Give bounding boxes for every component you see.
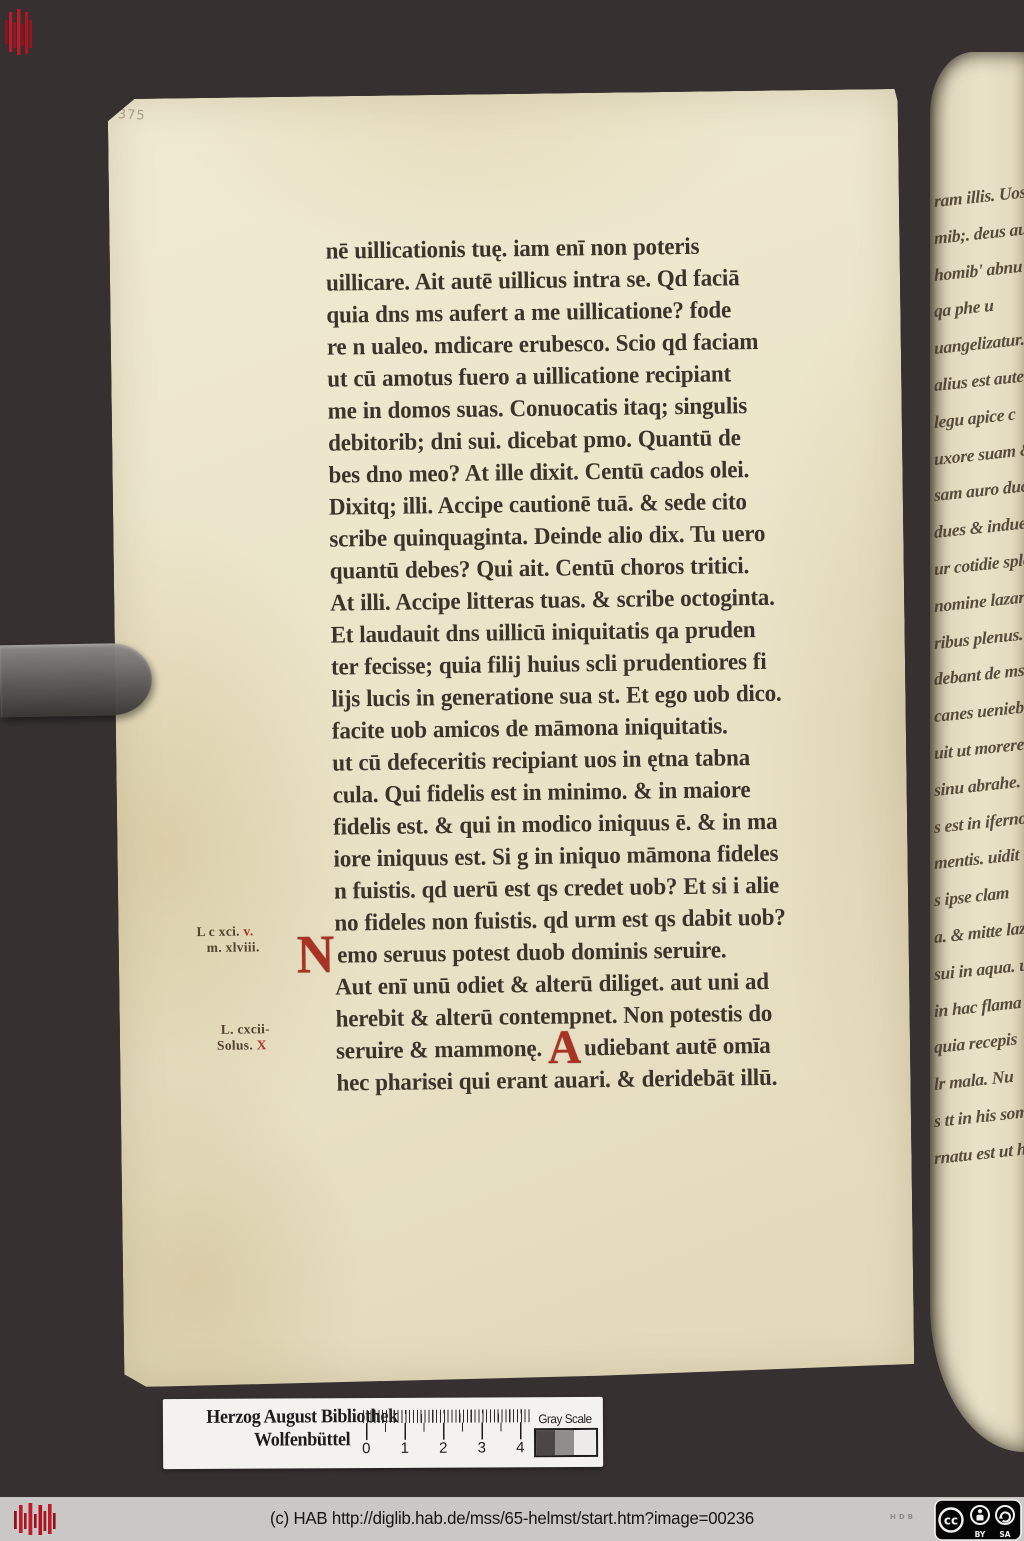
facing-page-text-block: ram illis. Uosemib;. deus auhomib' abnu … bbox=[934, 182, 1024, 1176]
ruler-number: 2 bbox=[424, 1440, 463, 1457]
ruler-numbers: 01234 bbox=[347, 1439, 540, 1457]
gray-patch-dark bbox=[536, 1430, 555, 1455]
cc-license-badge: cc BY SA bbox=[934, 1499, 1022, 1541]
footer-watermark: HDB bbox=[890, 1513, 916, 1521]
manuscript-line: hec pharisei qui erant auari. & deridebā… bbox=[336, 1059, 918, 1100]
page-holder bbox=[0, 643, 153, 718]
ruler-number: 1 bbox=[386, 1440, 425, 1457]
svg-text:cc: cc bbox=[944, 1514, 958, 1528]
margin-note-canon-reference: L c xci. v. m. xlviii. bbox=[196, 923, 259, 956]
ruler-number: 0 bbox=[347, 1440, 386, 1457]
gray-patch-light bbox=[574, 1430, 596, 1455]
calibration-card: Herzog August Bibliothek Wolfenbüttel 01… bbox=[163, 1397, 603, 1469]
manuscript-text-block: nē uillicationis tuę. iam enī non poteri… bbox=[325, 228, 918, 1100]
gray-scale-patches bbox=[534, 1428, 598, 1457]
rubric-letter: v. bbox=[243, 923, 253, 938]
margin-note-canon-reference: L. cxcii- Solus. X bbox=[217, 1021, 271, 1054]
gray-patch-mid bbox=[555, 1430, 574, 1455]
ruler-major-ticks bbox=[363, 1422, 531, 1440]
svg-text:SA: SA bbox=[999, 1530, 1010, 1539]
manuscript-page: 375 L c xci. v. m. xlviii. L. cxcii- Sol… bbox=[108, 89, 915, 1387]
photo-stage: ram illis. Uosemib;. deus auhomib' abnu … bbox=[0, 0, 1024, 1541]
footer-bar: (c) HAB http://diglib.hab.de/mss/65-helm… bbox=[0, 1497, 1024, 1541]
cm-ruler: 01234 bbox=[361, 1407, 533, 1462]
rubricated-initial: A bbox=[548, 1037, 581, 1058]
rubricated-initial: N bbox=[297, 945, 335, 966]
rubric-letter: X bbox=[257, 1037, 267, 1052]
folio-pencil-mark: 375 bbox=[117, 107, 146, 124]
svg-text:BY: BY bbox=[975, 1530, 986, 1539]
ruler-fine-ticks bbox=[363, 1409, 531, 1423]
copyright-text: (c) HAB http://diglib.hab.de/mss/65-helm… bbox=[20, 1497, 1003, 1541]
gray-scale-label: Gray Scale bbox=[535, 1412, 595, 1426]
ruler-number: 3 bbox=[463, 1439, 502, 1456]
red-registration-mark-icon bbox=[4, 6, 34, 62]
facing-page-edge: ram illis. Uosemib;. deus auhomib' abnu … bbox=[930, 52, 1024, 1452]
